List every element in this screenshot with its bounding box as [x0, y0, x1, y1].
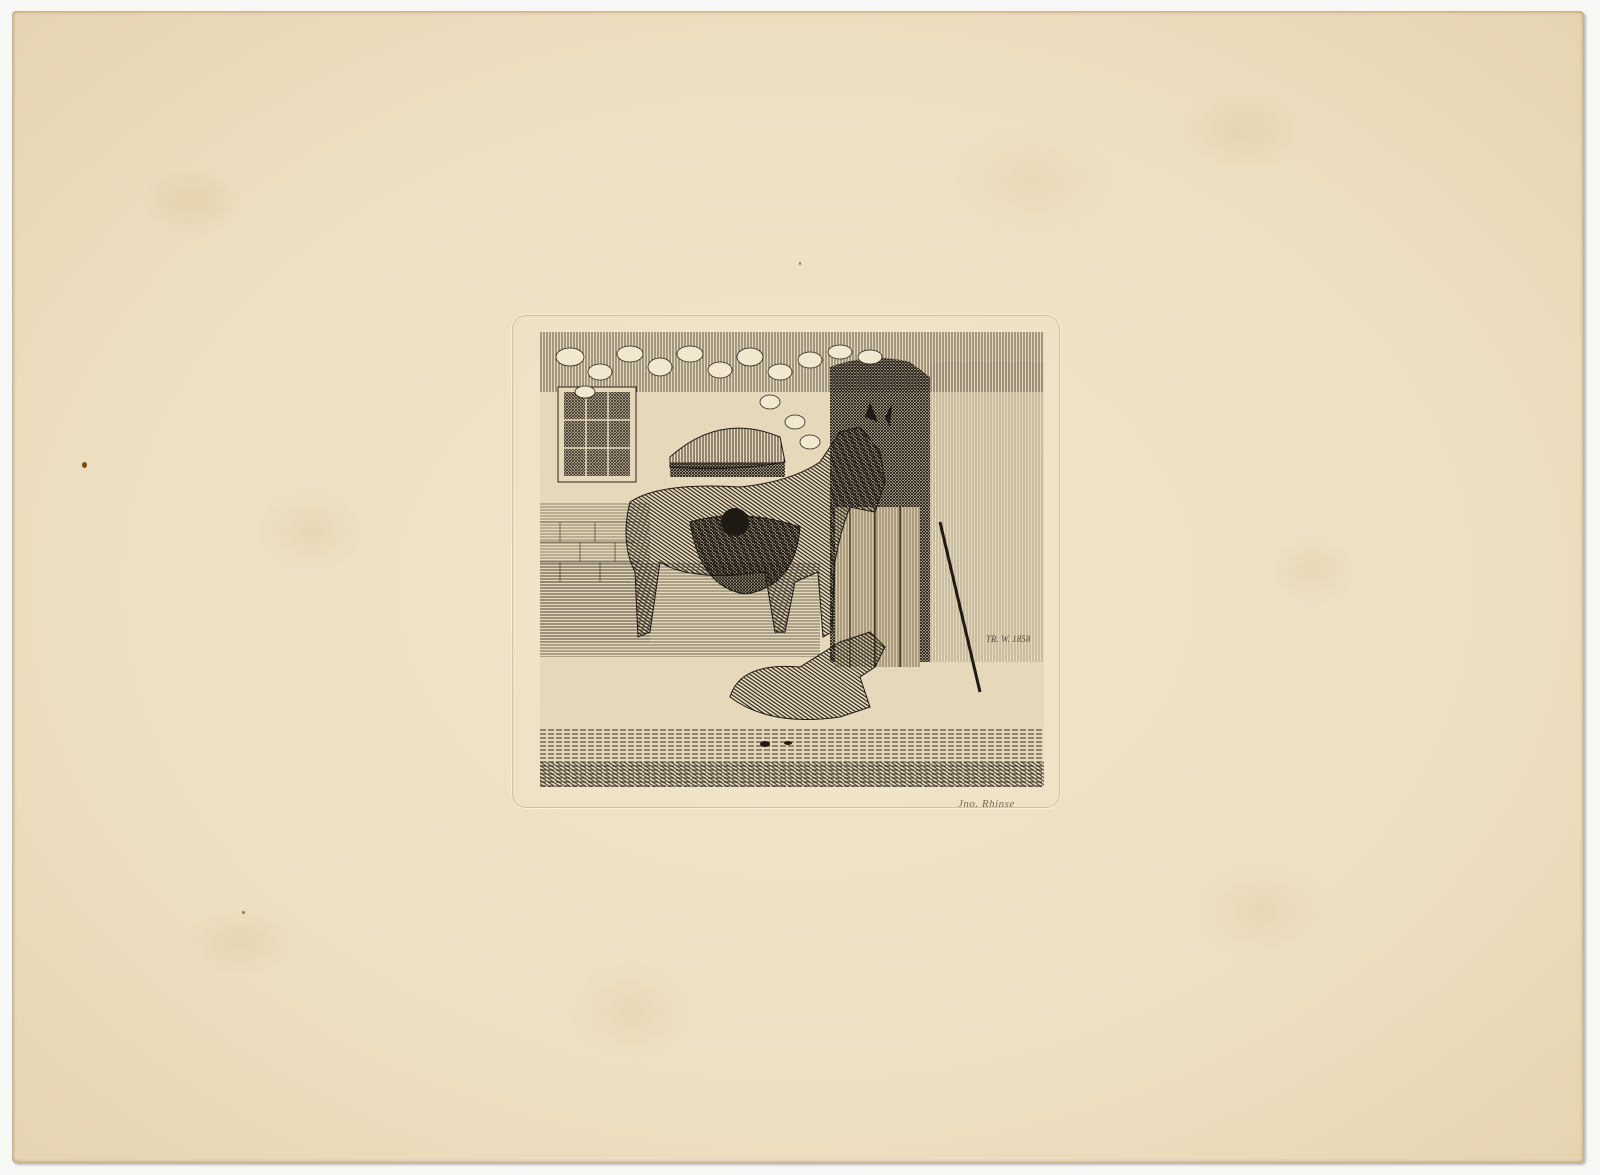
foxing-spot	[799, 262, 801, 265]
artist-signature: Jno. Rhinse	[958, 798, 1015, 810]
etching-image	[540, 332, 1044, 787]
plate-inscription: TR. W. 1858	[986, 634, 1030, 645]
foxing-spot	[242, 911, 245, 914]
foxing-spot	[82, 462, 87, 468]
